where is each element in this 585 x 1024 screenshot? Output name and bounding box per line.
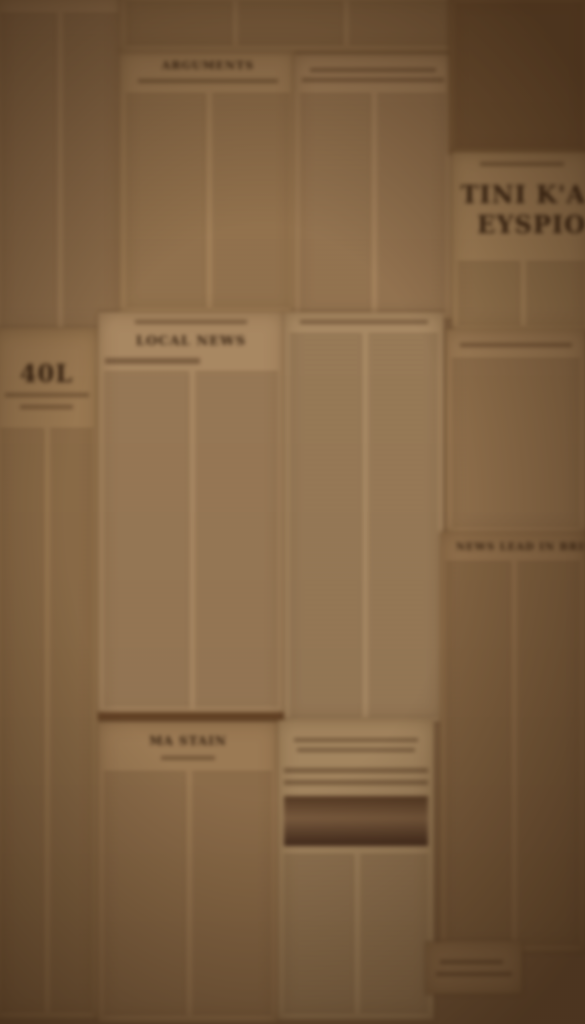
news-photo bbox=[284, 796, 428, 846]
clipping-top-strip bbox=[120, 0, 460, 52]
clipping-headline: MA STAIN bbox=[98, 734, 278, 748]
clipping-headline: TINI K'A EYSPIO bbox=[452, 180, 585, 240]
newspaper-wallpaper: ARGUMENTS TINI K'A EYSPIO 40L bbox=[0, 0, 585, 1024]
clipping-center-right bbox=[284, 312, 444, 722]
clipping-bottom-left-center: MA STAIN bbox=[98, 722, 278, 1022]
clipping-top-left bbox=[0, 0, 124, 334]
clipping-headline: 40L bbox=[0, 359, 99, 388]
clipping-headline: NEWS LEAD IN BRIEF bbox=[440, 542, 585, 553]
clipping-headline: ARGUMENTS bbox=[120, 59, 296, 72]
clipping-top-center: ARGUMENTS bbox=[120, 49, 296, 314]
clipping-right-middle bbox=[446, 329, 585, 534]
clipping-top-right-column bbox=[294, 54, 452, 319]
clipping-right-lower: NEWS LEAD IN BRIEF bbox=[440, 532, 585, 952]
clipping-far-top-right bbox=[449, 0, 585, 154]
clipping-left-number: 40L bbox=[0, 329, 99, 1019]
clipping-right-masthead: TINI K'A EYSPIO bbox=[452, 152, 585, 332]
newspaper-collage: ARGUMENTS TINI K'A EYSPIO 40L bbox=[0, 0, 585, 1024]
clipping-bottom-right-tag bbox=[426, 942, 522, 994]
clipping-center-left: LOCAL NEWS bbox=[98, 312, 284, 720]
clipping-bottom-center-photo bbox=[278, 720, 434, 1020]
clipping-headline: LOCAL NEWS bbox=[98, 334, 284, 349]
